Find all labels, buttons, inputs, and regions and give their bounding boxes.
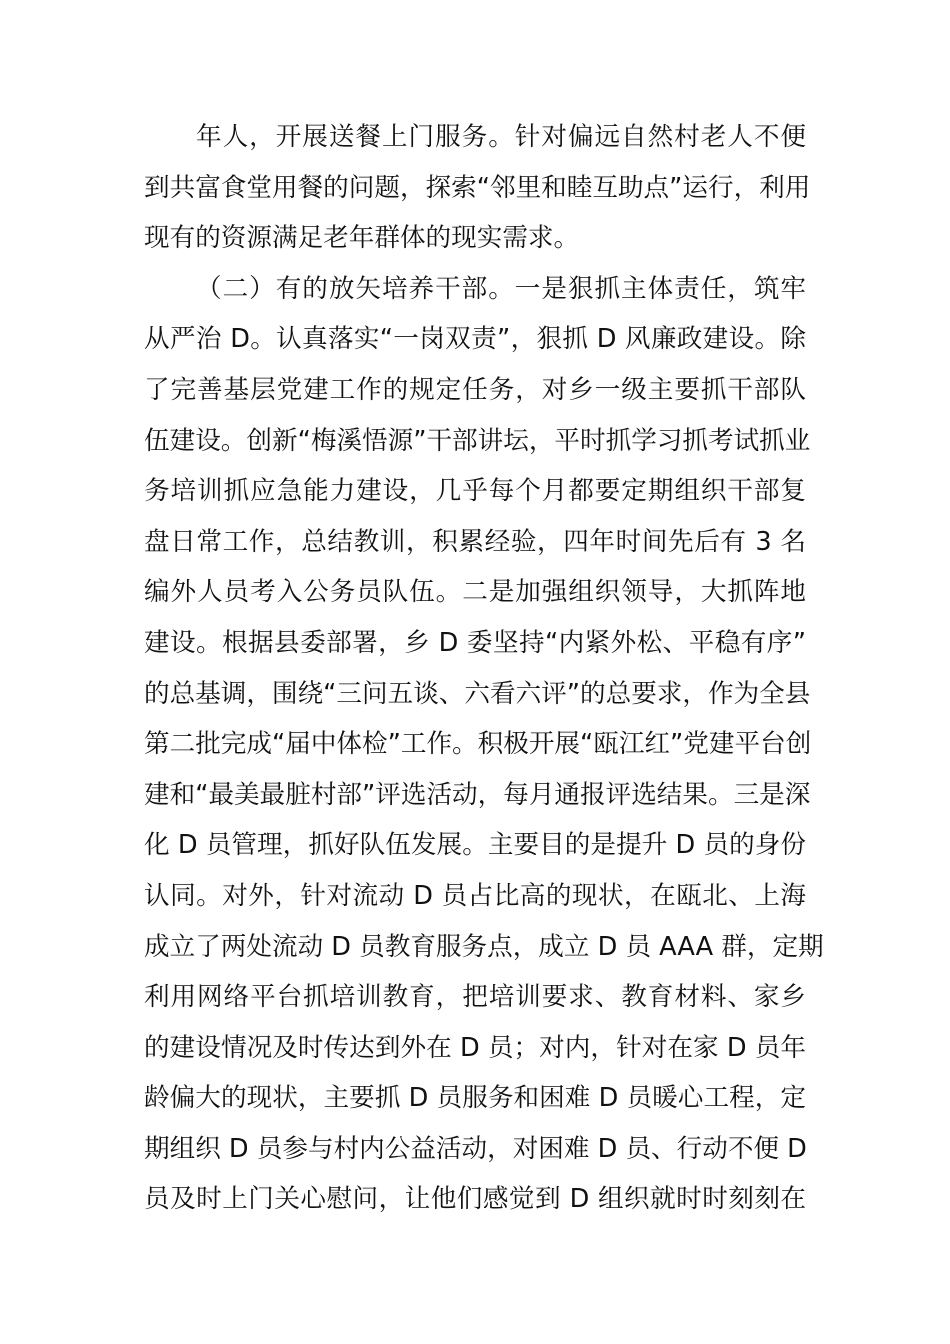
- text-line: 期组织 D 员参与村内公益活动，对困难 D 员、行动不便 D: [144, 1124, 806, 1175]
- text-line: 务培训抓应急能力建设，几乎每个月都要定期组织干部复: [144, 466, 806, 517]
- text-line: 建和“最美最脏村部”评选活动，每月通报评选结果。三是深: [144, 770, 806, 821]
- text-line: 第二批完成“届中体检”工作。积极开展“瓯江红”党建平台创: [144, 719, 806, 770]
- paragraph-2: （二）有的放矢培养干部。一是狠抓主体责任，筑牢 从严治 D。认真落实“一岗双责”…: [144, 264, 806, 1225]
- text-line: 到共富食堂用餐的问题，探索“邻里和睦互助点”运行，利用: [144, 163, 806, 214]
- text-line: 成立了两处流动 D 员教育服务点，成立 D 员 AAA 群，定期: [144, 922, 806, 973]
- text-line: 的总基调，围绕“三问五谈、六看六评”的总要求，作为全县: [144, 669, 806, 720]
- text-line: 建设。根据县委部署，乡 D 委坚持“内紧外松、平稳有序”: [144, 618, 806, 669]
- text-line: 从严治 D。认真落实“一岗双责”，狠抓 D 风廉政建设。除: [144, 314, 806, 365]
- text-line: 员及时上门关心慰问，让他们感觉到 D 组织就时时刻刻在: [144, 1174, 806, 1225]
- text-line: 伍建设。创新“梅溪悟源”干部讲坛，平时抓学习抓考试抓业: [144, 416, 806, 467]
- paragraph-1: 年人，开展送餐上门服务。针对偏远自然村老人不便 到共富食堂用餐的问题，探索“邻里…: [144, 112, 806, 264]
- text-line: 利用网络平台抓培训教育，把培训要求、教育材料、家乡: [144, 972, 806, 1023]
- text-line: 化 D 员管理，抓好队伍发展。主要目的是提升 D 员的身份: [144, 820, 806, 871]
- text-line: 现有的资源满足老年群体的现实需求。: [144, 213, 806, 264]
- document-page: 年人，开展送餐上门服务。针对偏远自然村老人不便 到共富食堂用餐的问题，探索“邻里…: [144, 112, 806, 1225]
- text-line: 年人，开展送餐上门服务。针对偏远自然村老人不便: [144, 112, 806, 163]
- text-line: 编外人员考入公务员队伍。二是加强组织领导，大抓阵地: [144, 567, 806, 618]
- text-line: 了完善基层党建工作的规定任务，对乡一级主要抓干部队: [144, 365, 806, 416]
- text-line: 的建设情况及时传达到外在 D 员；对内，针对在家 D 员年: [144, 1023, 806, 1074]
- text-line: （二）有的放矢培养干部。一是狠抓主体责任，筑牢: [144, 264, 806, 315]
- text-line: 龄偏大的现状，主要抓 D 员服务和困难 D 员暖心工程，定: [144, 1073, 806, 1124]
- text-line: 盘日常工作，总结教训，积累经验，四年时间先后有 3 名: [144, 517, 806, 568]
- text-line: 认同。对外，针对流动 D 员占比高的现状，在瓯北、上海: [144, 871, 806, 922]
